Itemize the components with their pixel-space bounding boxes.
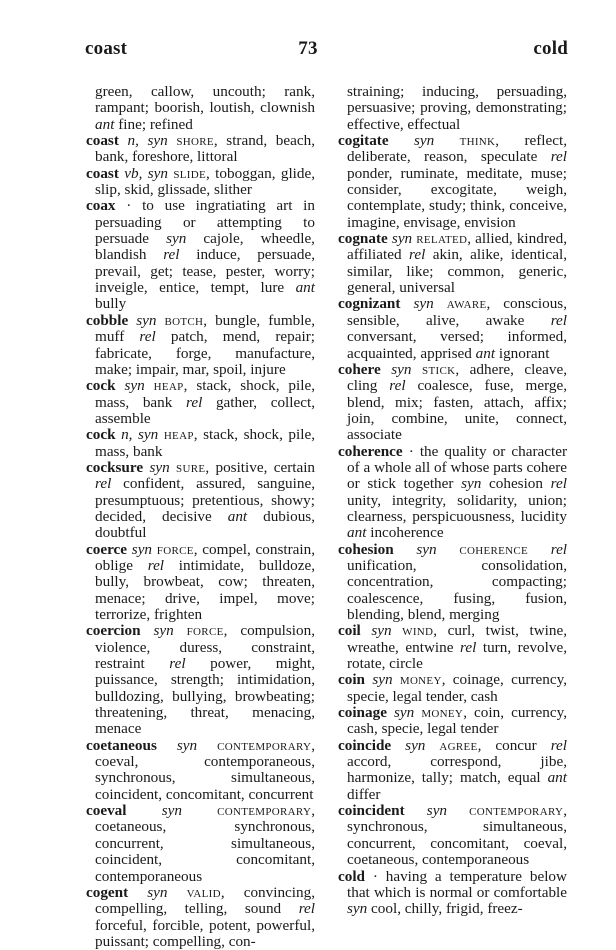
entry-continuation: straining; inducing, persuading, persuas… [338,84,567,133]
cross-reference: SLIDE [173,165,206,182]
definition-text: · having a temperature below that which … [347,868,567,901]
definition-text [126,802,161,819]
label-italic: syn [413,295,433,312]
label-italic: syn [461,475,481,492]
dictionary-entry: coinage syn MONEY, coin, currency, cash,… [338,705,567,738]
definition-text [528,541,551,558]
headword: coil [338,622,361,639]
label-italic: syn [414,132,434,149]
headword: coeval [86,802,126,819]
dictionary-entry: cogitate syn THINK, reflect, deliberate,… [338,133,567,231]
definition-text [425,737,439,754]
headword: coetaneous [86,737,157,754]
cross-reference: HEAP [154,377,184,394]
definition-text: incoherence [366,524,443,541]
cross-reference: SURE [176,459,205,476]
cross-reference: AGREE [439,737,477,754]
label-italic: rel [186,394,202,411]
definition-text [393,671,400,688]
right-column: straining; inducing, persuading, persuas… [338,84,567,918]
label-italic: rel [95,475,111,492]
entry-continuation: green, callow, uncouth; rank, rampant; b… [86,84,315,133]
label-italic: rel [169,655,185,672]
definition-text [197,737,217,754]
headword: cocksure [86,459,143,476]
cross-reference: FORCE [157,541,194,558]
dictionary-entry: coetaneous syn CONTEMPORARY, coeval, con… [86,738,315,803]
headword: cock [86,426,116,443]
definition-text: unity, integrity, solidarity, union; cle… [347,492,567,525]
cross-reference: AWARE [447,295,487,312]
label-italic: syn [162,802,182,819]
dictionary-entry: coeval syn CONTEMPORARY, coetaneous, syn… [86,803,315,885]
definition-text [174,622,187,639]
headword: cohere [338,361,381,378]
label-italic: rel [551,475,567,492]
definition-text [182,802,217,819]
dictionary-entry: cognate syn RELATED, allied, kindred, af… [338,231,567,296]
definition-text: cohesion [481,475,550,492]
label-italic: syn [347,900,367,917]
dictionary-entry: coil syn WIND, curl, twist, twine, wreat… [338,623,567,672]
headword: coincident [338,802,405,819]
label-italic: ant [347,524,366,541]
definition-text [394,541,417,558]
headword: coerce [86,541,127,558]
dictionary-entry: cock syn HEAP, stack, shock, pile, mass,… [86,378,315,427]
headword: cock [86,377,116,394]
definition-text: cool, chilly, frigid, freez- [367,900,522,917]
definition-text [447,802,469,819]
cross-reference: RELATED [416,230,467,247]
label-italic: syn [405,737,425,754]
label-italic: rel [148,557,164,574]
definition-text [381,361,392,378]
definition-text [141,622,154,639]
dictionary-entry: cold · having a temperature below that w… [338,869,567,918]
running-head-right: cold [533,38,568,60]
label-italic: syn [177,737,197,754]
headword: coincide [338,737,391,754]
label-italic: ant [95,116,114,133]
label-italic: ant [476,345,495,362]
label-italic: syn [149,459,169,476]
definition-text [434,295,447,312]
definition-text [128,884,147,901]
cross-reference: VALID [187,884,221,901]
cross-reference: COHERENCE [459,541,528,558]
label-italic: syn [132,541,152,558]
label-italic: rel [389,377,405,394]
definition-text: ponder, ruminate, meditate, muse; consid… [347,165,567,231]
label-italic: rel [409,246,425,263]
label-italic: rel [163,246,179,263]
definition-text [119,132,128,149]
label-italic: vb, syn [124,165,168,182]
definition-text: , positive, certain [205,459,315,476]
label-italic: rel [460,639,476,656]
definition-text [391,737,405,754]
headword: cognate [338,230,388,247]
headword: coax [86,197,116,214]
cross-reference: STICK [422,361,455,378]
definition-text: ignorant [495,345,549,362]
headword: cold [338,868,365,885]
definition-text [434,132,459,149]
definition-text: , concur [478,737,551,754]
cross-reference: THINK [460,132,496,149]
dictionary-entry: cocksure syn SURE, positive, certain rel… [86,460,315,542]
label-italic: syn [372,671,392,688]
definition-text: bully [95,295,126,312]
cross-reference: CONTEMPORARY [217,737,311,754]
label-italic: n, syn [128,132,168,149]
label-italic: syn [147,884,167,901]
dictionary-entry: coherence · the quality or character of … [338,444,567,542]
definition-text [412,361,423,378]
cross-reference: MONEY [400,671,442,688]
cross-reference: BOTCH [164,312,203,329]
definition-text: accord, correspond, jibe, harmonize, tal… [347,753,567,786]
label-italic: syn [427,802,447,819]
headword: cohesion [338,541,394,558]
label-italic: rel [299,900,315,917]
dictionary-entry: coincident syn CONTEMPORARY, synchronous… [338,803,567,868]
definition-text [157,737,177,754]
dictionary-entry: cohere syn STICK, adhere, cleave, cling … [338,362,567,444]
cross-reference: HEAP [164,426,194,443]
label-italic: rel [139,328,155,345]
label-italic: syn [392,230,412,247]
page-number: 73 [0,38,616,60]
definition-text [361,622,372,639]
dictionary-entry: coast n, syn SHORE, strand, beach, bank,… [86,133,315,166]
definition-text [400,295,413,312]
label-italic: n, syn [121,426,158,443]
left-column: green, callow, uncouth; rank, rampant; b… [86,84,315,950]
dictionary-entry: cobble syn BOTCH, bungle, fumble, muff r… [86,313,315,378]
headword: coercion [86,622,141,639]
label-italic: ant [296,279,315,296]
label-italic: ant [548,769,567,786]
definition-text: differ [347,786,380,803]
label-italic: syn [153,622,173,639]
headword: cobble [86,312,128,329]
definition-text [145,377,154,394]
definition-text: straining; inducing, persuading, persuas… [347,83,567,133]
dictionary-entry: coast vb, syn SLIDE, toboggan, glide, sl… [86,166,315,199]
cross-reference: CONTEMPORARY [217,802,311,819]
definition-text [392,622,403,639]
label-italic: rel [551,541,567,558]
headword: cognizant [338,295,400,312]
cross-reference: MONEY [421,704,463,721]
cross-reference: WIND [402,622,433,639]
headword: coast [86,132,119,149]
headword: cogent [86,884,128,901]
label-italic: syn [371,622,391,639]
cross-reference: FORCE [187,622,224,639]
label-italic: rel [551,737,567,754]
cross-reference: SHORE [176,132,214,149]
definition-text: green, callow, uncouth; rank, rampant; b… [95,83,315,116]
headword: coin [338,671,365,688]
headword: coast [86,165,119,182]
label-italic: syn [136,312,156,329]
definition-text [437,541,460,558]
definition-text: fine; refined [114,116,192,133]
cross-reference: CONTEMPORARY [469,802,563,819]
dictionary-entry: coercion syn FORCE, compulsion, violence… [86,623,315,737]
label-italic: syn [166,230,186,247]
dictionary-entry: coin syn MONEY, coinage, currency, speci… [338,672,567,705]
headword: cogitate [338,132,389,149]
headword: coinage [338,704,387,721]
headword: coherence [338,443,403,460]
label-italic: syn [394,704,414,721]
label-italic: syn [391,361,411,378]
label-italic: ant [228,508,247,525]
definition-text: forceful, forcible, potent, powerful, pu… [95,917,315,950]
definition-text [387,704,394,721]
definition-text [168,884,187,901]
dictionary-entry: cogent syn VALID, convincing, compelling… [86,885,315,950]
dictionary-entry: cohesion syn COHERENCE rel unification, … [338,542,567,624]
definition-text [389,132,414,149]
dictionary-entry: coerce syn FORCE, compel, constrain, obl… [86,542,315,624]
label-italic: syn [416,541,436,558]
dictionary-entry: coincide syn AGREE, concur rel accord, c… [338,738,567,803]
label-italic: syn [124,377,144,394]
definition-text [405,802,427,819]
dictionary-entry: coax · to use ingratiating art in persua… [86,198,315,312]
label-italic: rel [551,312,567,329]
dictionary-entry: cognizant syn AWARE, conscious, sensible… [338,296,567,361]
label-italic: rel [551,148,567,165]
dictionary-entry: cock n, syn HEAP, stack, shock, pile, ma… [86,427,315,460]
definition-text: unification, consolidation, concentratio… [347,557,567,623]
